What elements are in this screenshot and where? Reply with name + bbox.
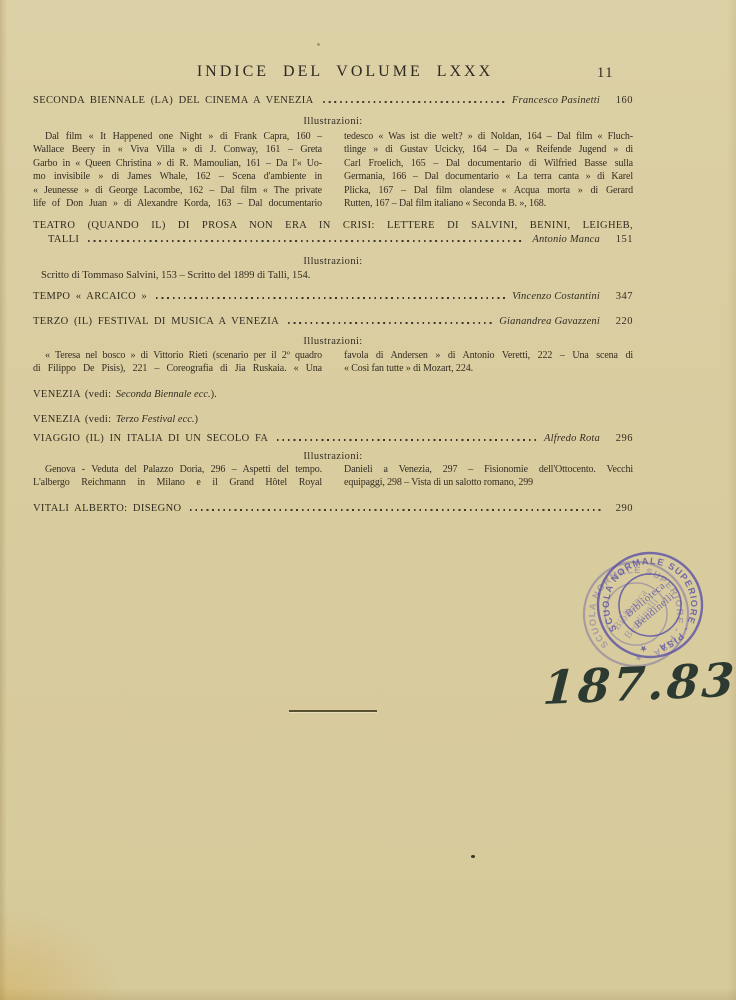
entry-author: Gianandrea Gavazzeni <box>499 316 600 327</box>
illustrations-columns: « Teresa nel bosco » di Vittorio Rieti (… <box>33 349 633 376</box>
text-line: Genova - Veduta del Palazzo Doria, 296 –… <box>33 463 322 476</box>
dot-leader <box>88 240 525 242</box>
toc-entry-teatro-line1: TEATRO (QUANDO IL) DI PROSA NON ERA IN C… <box>33 220 633 231</box>
text-line: Garbo in « Queen Christina » di R. Mamou… <box>33 157 322 170</box>
handwritten-shelf-number: 187.834 <box>541 651 736 715</box>
toc-entry-viaggio: VIAGGIO (IL) IN ITALIA DI UN SECOLO FA A… <box>33 433 633 444</box>
paper-speck <box>317 43 320 46</box>
entry-text: VENEZIA (vedi: <box>33 389 116 400</box>
entry-author: Francesco Pasinetti <box>512 95 600 106</box>
dot-leader <box>277 439 537 441</box>
cross-reference-italic: Terzo Festival ecc. <box>116 414 195 425</box>
text-line: di Filippo De Pisis), 221 – Coreografia … <box>33 362 322 375</box>
entry-page-number: 296 <box>611 433 633 444</box>
text-line: life of Don Juan » di Alexandre Korda, 1… <box>33 197 322 210</box>
text-line: tlinge » di Gustav Ucicky, 164 – Da « Re… <box>344 143 633 156</box>
column-right: Danieli a Venezia, 297 – Fisionomie dell… <box>344 463 633 490</box>
text-line: Rutten, 167 – Dal film italiano « Second… <box>344 197 633 210</box>
dot-leader <box>190 509 604 511</box>
entry-page-number: 151 <box>611 234 633 245</box>
text-line: « Così fan tutte » di Mozart, 224. <box>344 362 633 375</box>
entry-page-number: 160 <box>611 95 633 106</box>
entry-author: Vincenzo Costantini <box>512 291 600 302</box>
illustrations-columns: Dal film « It Happened one Night » di Fr… <box>33 130 633 210</box>
column-left: Genova - Veduta del Palazzo Doria, 296 –… <box>33 463 322 490</box>
text-line: favola di Andersen » di Antonio Veretti,… <box>344 349 633 362</box>
text-line: « Teresa nel bosco » di Vittorio Rieti (… <box>33 349 322 362</box>
illustrations-label: Illustrazioni: <box>33 451 633 462</box>
dot-leader <box>156 297 505 299</box>
entry-author: Alfredo Rota <box>544 433 600 444</box>
dot-leader <box>323 101 505 103</box>
folio-page-number: 11 <box>597 65 614 82</box>
toc-entry-venezia-1: VENEZIA (vedi: Seconda Biennale ecc.). <box>33 389 633 400</box>
dot-leader <box>288 322 492 324</box>
paper-speck <box>471 855 475 858</box>
illustrations-label: Illustrazioni: <box>33 256 633 267</box>
entry-heading: VIAGGIO (IL) IN ITALIA DI UN SECOLO FA <box>33 433 268 444</box>
toc-entry-terzo-festival: TERZO (IL) FESTIVAL DI MUSICA A VENEZIA … <box>33 316 633 327</box>
text-line: Danieli a Venezia, 297 – Fisionomie dell… <box>344 463 633 476</box>
text-line: « Jeunesse » di George Lacombe, 162 – Da… <box>33 184 322 197</box>
entry-heading: TERZO (IL) FESTIVAL DI MUSICA A VENEZIA <box>33 316 279 327</box>
text-line: mo invisibile » di James Whale, 162 – Sc… <box>33 170 322 183</box>
column-left: « Teresa nel bosco » di Vittorio Rieti (… <box>33 349 322 376</box>
toc-entry-seconda-biennale: SECONDA BIENNALE (LA) DEL CINEMA A VENEZ… <box>33 95 633 106</box>
column-right: favola di Andersen » di Antonio Veretti,… <box>344 349 633 376</box>
column-left: Dal film « It Happened one Night » di Fr… <box>33 130 322 210</box>
page-title: INDICE DEL VOLUME LXXX <box>33 63 633 81</box>
illustrations-columns: Genova - Veduta del Palazzo Doria, 296 –… <box>33 463 633 490</box>
entry-page-number: 347 <box>611 291 633 302</box>
entry-page-number: 220 <box>611 316 633 327</box>
toc-entry-tempo-arcaico: TEMPO « ARCAICO » Vincenzo Costantini 34… <box>33 291 633 302</box>
text-line: Carl Froelich, 165 – Dal documentario di… <box>344 157 633 170</box>
divider-rule <box>289 710 377 712</box>
cross-reference-italic: Seconda Biennale ecc. <box>116 389 211 400</box>
entry-heading: TEMPO « ARCAICO » <box>33 291 147 302</box>
text-line: tedesco « Was ist die welt? » di Noldan,… <box>344 130 633 143</box>
entry-heading: SECONDA BIENNALE (LA) DEL CINEMA A VENEZ… <box>33 95 314 106</box>
entry-text: ) <box>195 414 199 425</box>
toc-entry-venezia-2: VENEZIA (vedi: Terzo Festival ecc.) <box>33 414 633 425</box>
text-line: Plicka, 167 – Dal film olandese « Acqua … <box>344 184 633 197</box>
entry-text: VENEZIA (vedi: <box>33 414 116 425</box>
text-line: Wallace Beery in « Viva Villa » di J. Co… <box>33 143 322 156</box>
entry-heading: TALLI <box>48 234 79 245</box>
entry-text: ). <box>211 389 217 400</box>
star-icon: ★ <box>637 642 650 655</box>
text-line: Dal film « It Happened one Night » di Fr… <box>33 130 322 143</box>
illustrations-label: Illustrazioni: <box>33 336 633 347</box>
entry-heading: VITALI ALBERTO: DISEGNO <box>33 503 181 514</box>
toc-entry-teatro-line2: TALLI Antonio Manca 151 <box>33 234 633 245</box>
column-right: tedesco « Was ist die welt? » di Noldan,… <box>344 130 633 210</box>
illustrations-label: Illustrazioni: <box>33 116 633 127</box>
text-line: Germania, 166 – Dal documentario « La te… <box>344 170 633 183</box>
book-page: INDICE DEL VOLUME LXXX 11 SECONDA BIENNA… <box>0 0 736 1000</box>
entry-author: Antonio Manca <box>532 234 600 245</box>
illustrations-single-line: Scritto di Tommaso Salvini, 153 – Scritt… <box>33 270 633 281</box>
text-line: equipaggi, 298 – Vista di un salotto rom… <box>344 476 633 489</box>
toc-entry-vitali: VITALI ALBERTO: DISEGNO 290 <box>33 503 633 514</box>
text-line: L'albergo Reichmann in Milano e il Grand… <box>33 476 322 489</box>
